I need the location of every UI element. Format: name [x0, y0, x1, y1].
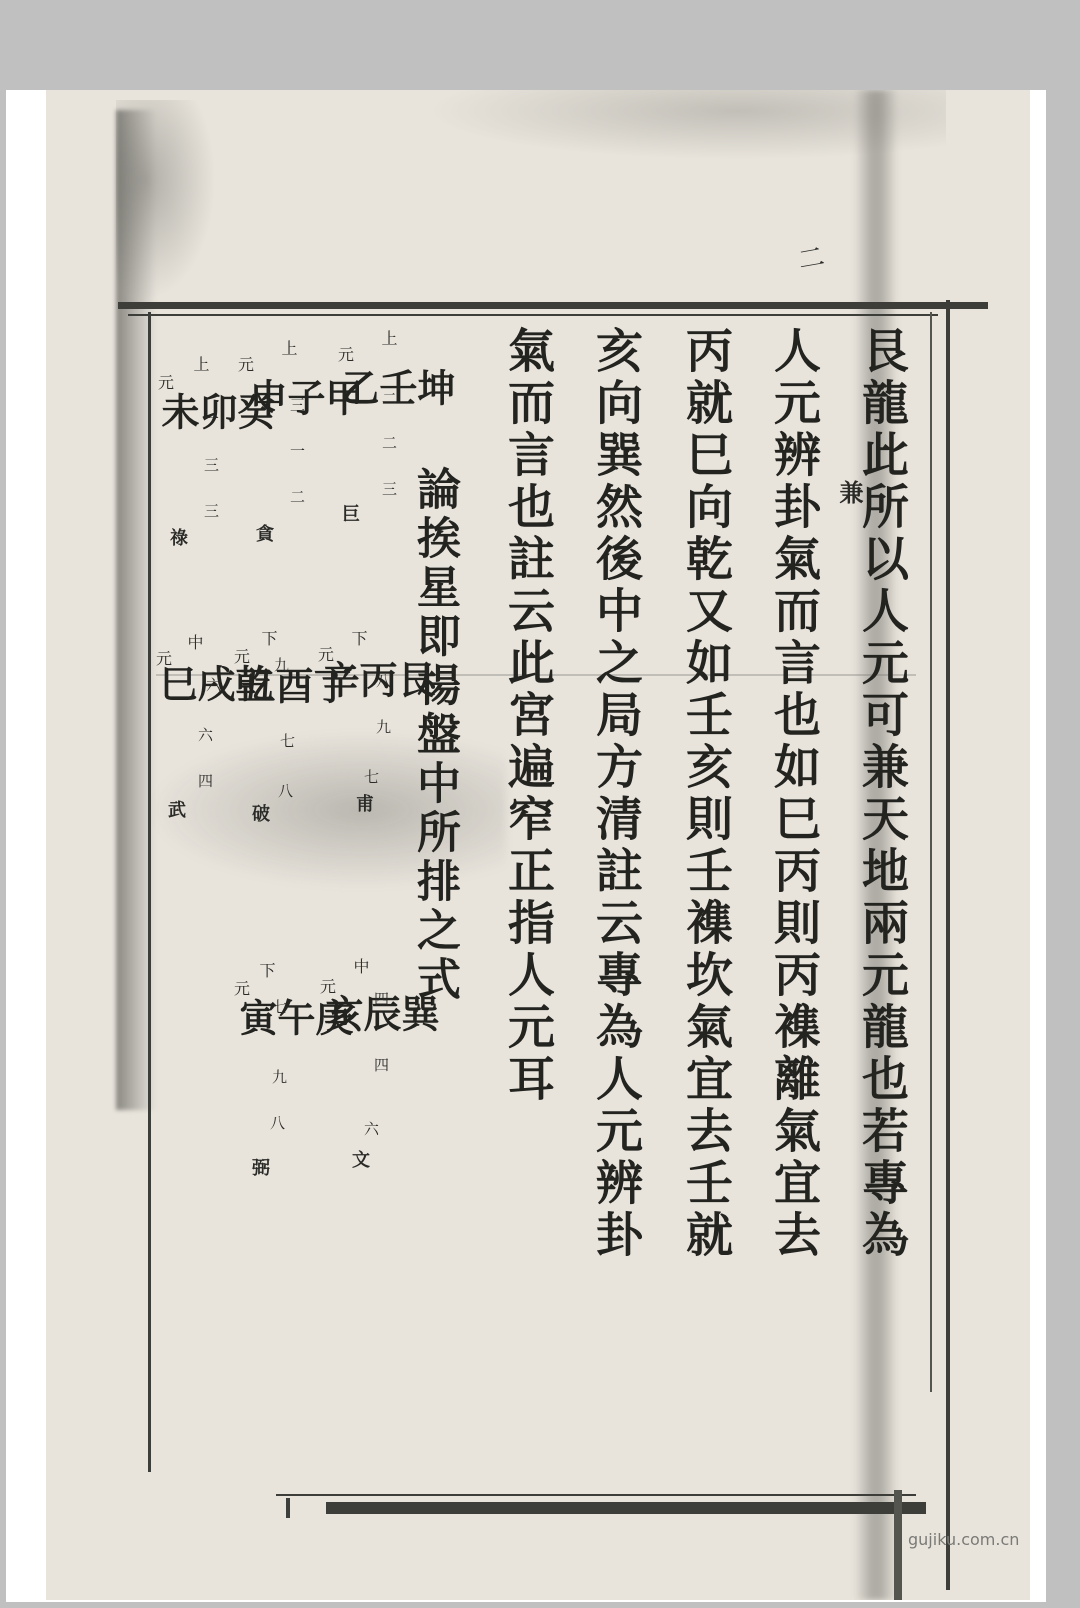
text-column-4: 亥向巽然後中之局方清註云專為人元辨卦	[592, 326, 639, 1262]
border-left	[148, 312, 151, 1472]
text-column-2: 人元辨卦氣而言也如巳丙則丙襍離氣宜去	[770, 326, 817, 1262]
border-right-inner	[930, 312, 932, 1392]
border-bottom-stub	[286, 1498, 290, 1518]
ink-smudge	[426, 90, 946, 160]
border-right-lower	[894, 1490, 902, 1600]
border-right	[946, 300, 950, 1590]
border-top	[118, 302, 988, 309]
page-number: 二	[795, 236, 827, 277]
book-page: 二 艮龍此所以人元可兼天地兩元龍也若專為 人元辨卦氣而言也如巳丙則丙襍離氣宜去 …	[46, 90, 1030, 1600]
border-bottom	[326, 1502, 926, 1514]
text-column-5: 氣而言也註云此宮遍窄正指人元耳	[504, 326, 551, 1106]
inline-annotation: 兼	[832, 480, 867, 504]
section-heading: 論挨星即楊盤中所排之式	[412, 466, 456, 1005]
watermark: gujiku.com.cn	[908, 1530, 1019, 1549]
ink-smudge	[116, 100, 216, 300]
text-column-3: 丙就巳向乾又如壬亥則壬襍坎氣宜去壬就	[682, 326, 729, 1262]
text-column-1: 艮龍此所以人元可兼天地兩元龍也若專為	[858, 326, 905, 1262]
border-top-inner	[128, 314, 938, 316]
border-bottom-inner	[276, 1494, 916, 1496]
